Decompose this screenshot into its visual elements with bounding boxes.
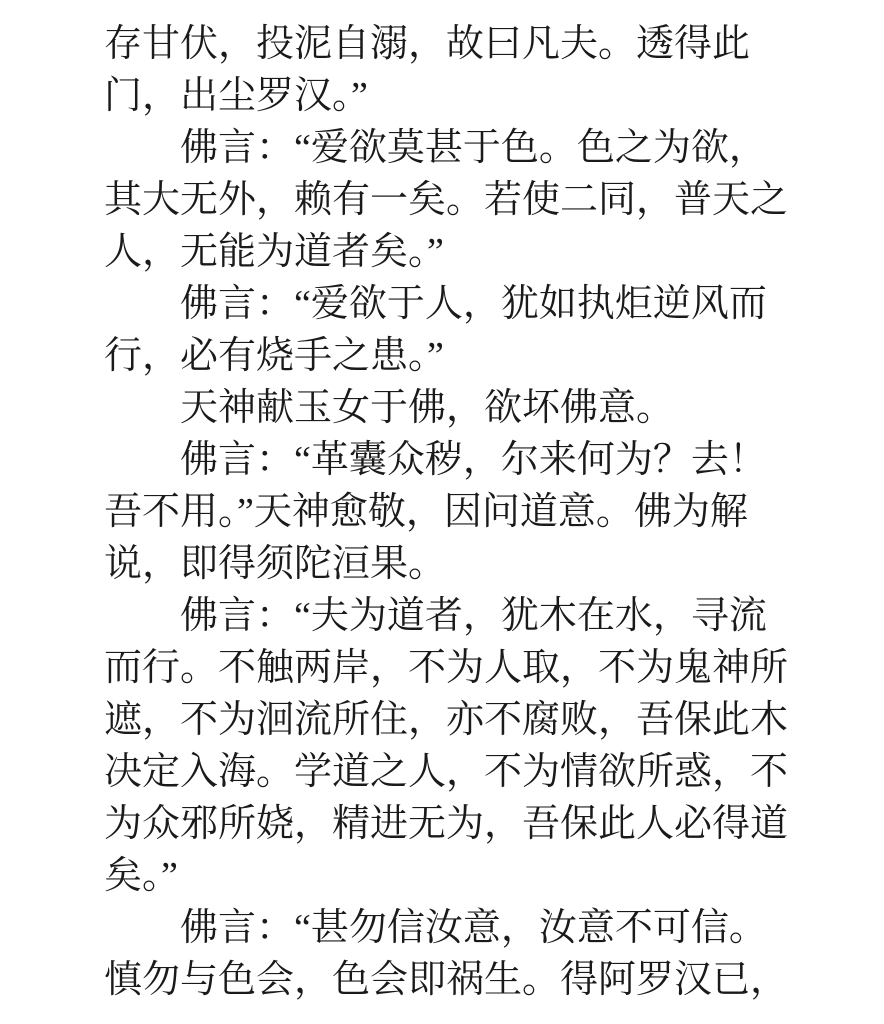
text-line: 遮，不为洄流所住，亦不腐败，吾保此木 [104, 694, 804, 746]
document-page: 存甘伏，投泥自溺，故曰凡夫。透得此 门，出尘罗汉。” 佛言：“爱欲莫甚于色。色之… [0, 0, 884, 1024]
text-line: 天神献玉女于佛，欲坏佛意。 [104, 382, 804, 434]
text-line: 慎勿与色会，色会即祸生。得阿罗汉已， [104, 954, 804, 1006]
text-line: 决定入海。学道之人，不为情欲所惑，不 [104, 746, 804, 798]
text-line: 存甘伏，投泥自溺，故曰凡夫。透得此 [104, 18, 804, 70]
text-line: 佛言：“夫为道者，犹木在水，寻流 [104, 590, 804, 642]
text-line: 佛言：“爱欲于人，犹如执炬逆风而 [104, 278, 804, 330]
text-line: 行，必有烧手之患。” [104, 330, 804, 382]
text-line: 佛言：“爱欲莫甚于色。色之为欲， [104, 122, 804, 174]
text-line: 而行。不触两岸，不为人取，不为鬼神所 [104, 642, 804, 694]
text-line: 门，出尘罗汉。” [104, 70, 804, 122]
text-block: 存甘伏，投泥自溺，故曰凡夫。透得此 门，出尘罗汉。” 佛言：“爱欲莫甚于色。色之… [104, 18, 804, 1006]
text-line: 矣。” [104, 850, 804, 902]
text-line: 为众邪所娆，精进无为，吾保此人必得道 [104, 798, 804, 850]
text-line: 佛言：“甚勿信汝意，汝意不可信。 [104, 902, 804, 954]
text-line: 佛言：“革囊众秽，尔来何为？去！ [104, 434, 804, 486]
text-line: 人，无能为道者矣。” [104, 226, 804, 278]
text-line: 其大无外，赖有一矣。若使二同，普天之 [104, 174, 804, 226]
text-line: 说，即得须陀洹果。 [104, 538, 804, 590]
text-line: 吾不用。”天神愈敬，因问道意。佛为解 [104, 486, 804, 538]
